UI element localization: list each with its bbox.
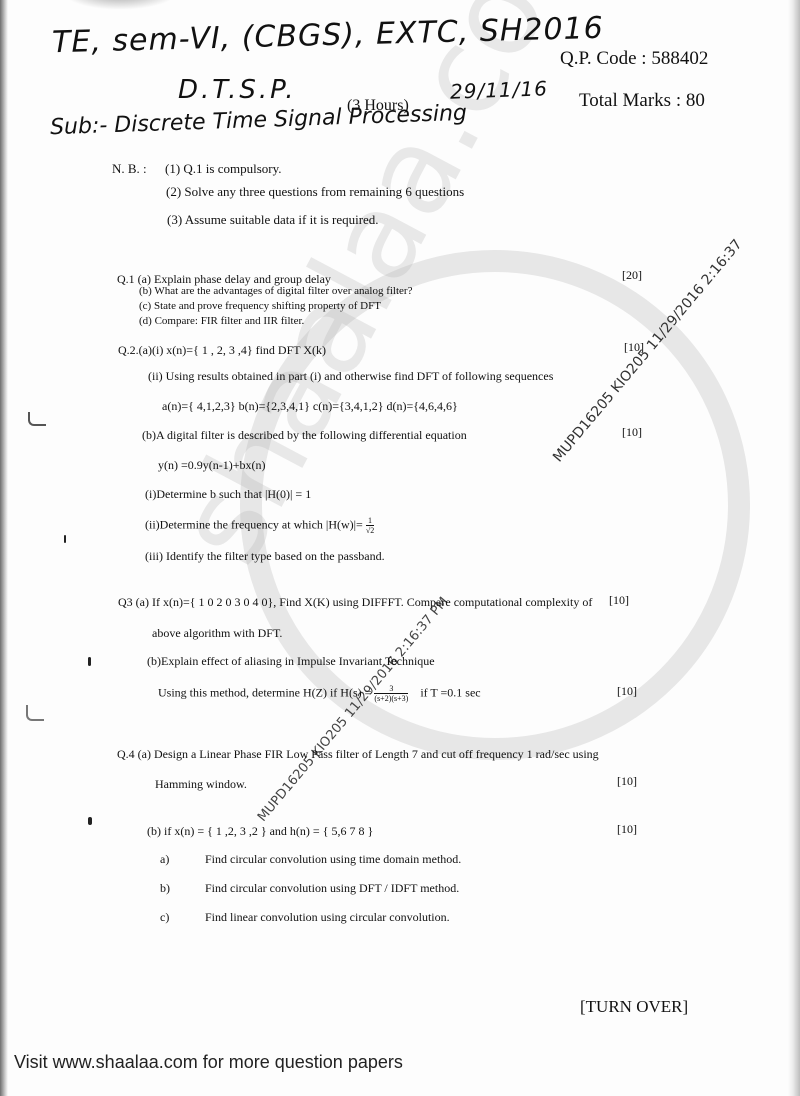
q1-b: (b) What are the advantages of digital f… [139, 285, 412, 297]
q2-sequences: a(n)={ 4,1,2,3} b(n)={2,3,4,1} c(n)={3,4… [162, 399, 458, 414]
q1-c: (c) State and prove frequency shifting p… [139, 300, 381, 312]
exam-duration: (3 Hours) [347, 97, 409, 115]
handwritten-abbrev: D.T.S.P. [178, 75, 296, 105]
q4-a-marks: [10] [617, 774, 637, 789]
note-item: (3) Assume suitable data if it is requir… [167, 212, 379, 228]
q2-b-ii: (ii)Determine the frequency at which |H(… [145, 516, 374, 535]
handwritten-date: 29/11/16 [450, 76, 549, 103]
q1-marks: [20] [622, 268, 642, 283]
q4-b: (b) if x(n) = { 1 ,2, 3 ,2 } and h(n) = … [147, 824, 373, 839]
q2-b: (b)A digital filter is described by the … [142, 428, 467, 443]
q3-b-cont: Using this method, determine H(Z) if H(s… [158, 684, 481, 703]
fraction: 1 √2 [366, 516, 374, 535]
footer-link-text[interactable]: Visit www.shaalaa.com for more question … [14, 1052, 403, 1073]
q1-d: (d) Compare: FIR filter and IIR filter. [139, 315, 304, 327]
q4-sub-label: b) [160, 881, 170, 896]
scan-speck [88, 657, 91, 666]
qp-code: Q.P. Code : 588402 [560, 48, 708, 70]
q2-a-i: Q.2.(a)(i) x(n)={ 1 , 2, 3 ,4} find DFT … [118, 343, 326, 358]
q4-sub-label: c) [160, 910, 169, 925]
scan-smudge [60, 0, 180, 10]
scan-speck [88, 817, 92, 825]
q2-b-i: (i)Determine b such that |H(0)| = 1 [145, 487, 311, 502]
q3-b: (b)Explain effect of aliasing in Impulse… [147, 654, 435, 669]
q2-b-iii: (iii) Identify the filter type based on … [145, 549, 385, 564]
notes-label: N. B. : [112, 161, 147, 177]
q3-a-cont: above algorithm with DFT. [152, 626, 282, 641]
q3-b-marks: [10] [617, 684, 637, 699]
scan-mark [28, 412, 46, 426]
q4-b-marks: [10] [617, 822, 637, 837]
q4-sub-label: a) [160, 852, 169, 867]
q4-sub-text: Find circular convolution using time dom… [205, 852, 461, 867]
scan-edge-left [0, 0, 8, 1096]
turn-over-label: [TURN OVER] [580, 997, 688, 1017]
q3-a: Q3 (a) If x(n)={ 1 0 2 0 3 0 4 0}, Find … [118, 595, 592, 610]
q2-a-marks: [10] [624, 340, 644, 355]
q2-b-marks: [10] [622, 425, 642, 440]
q4-sub-text: Find circular convolution using DFT / ID… [205, 881, 459, 896]
exam-paper-page: shaalaa.com MUPD16205 KIO205 11/29/2016 … [0, 0, 800, 1096]
q2-a-ii: (ii) Using results obtained in part (i) … [148, 369, 553, 384]
scan-mark [26, 705, 44, 721]
q4-sub-text: Find linear convolution using circular c… [205, 910, 450, 925]
q4-a-cont: Hamming window. [155, 777, 247, 792]
q3-a-marks: [10] [609, 593, 629, 608]
scan-edge-right [788, 0, 800, 1096]
note-item: (1) Q.1 is compulsory. [165, 161, 282, 177]
note-item: (2) Solve any three questions from remai… [166, 184, 464, 200]
total-marks: Total Marks : 80 [579, 90, 705, 112]
q2-equation: y(n) =0.9y(n-1)+bx(n) [158, 458, 266, 473]
fraction: 3 (s+2)(s+3) [374, 684, 408, 703]
scan-speck [64, 535, 66, 543]
q2-b-ii-text: (ii)Determine the frequency at which |H(… [145, 517, 363, 531]
q4-a: Q.4 (a) Design a Linear Phase FIR Low Pa… [117, 747, 599, 762]
